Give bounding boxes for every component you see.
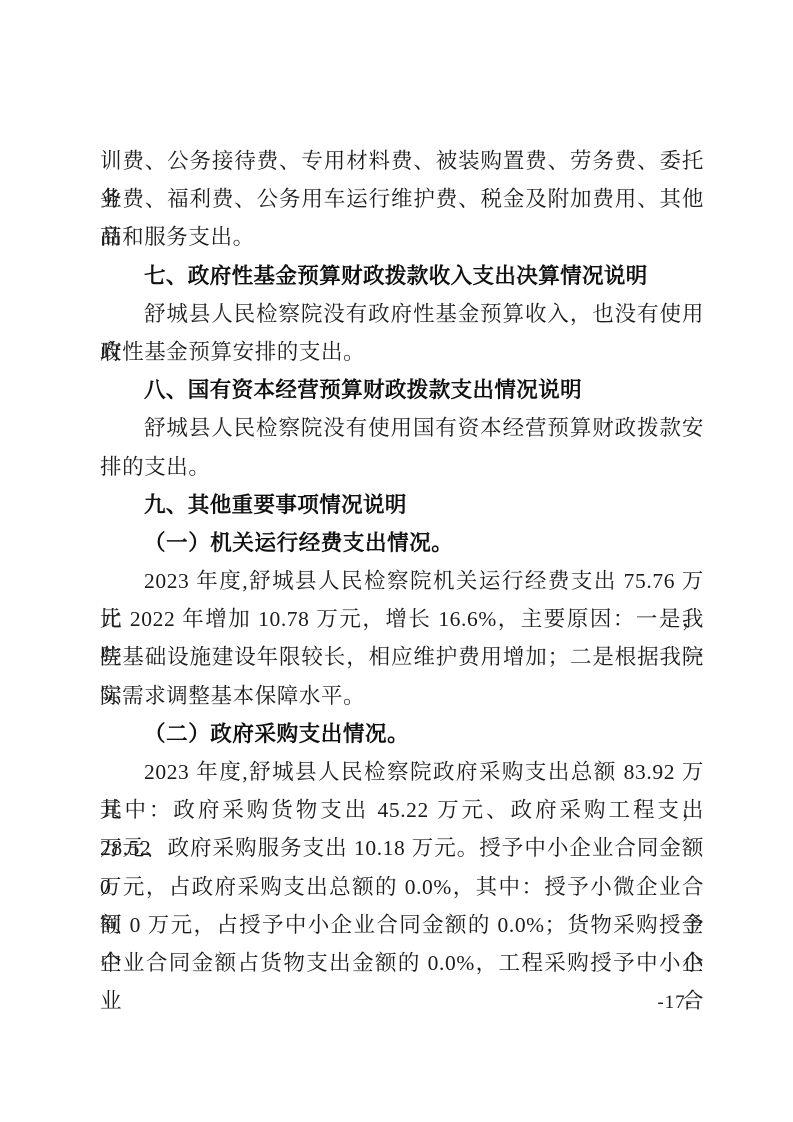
text-line: 舒城县人民检察院没有使用国有资本经营预算财政拨款安 <box>100 409 704 447</box>
text-line: 2023 年度,舒城县人民检察院政府采购支出总额 83.92 万元， <box>100 753 704 791</box>
text-line: 府性基金预算安排的支出。 <box>100 333 704 371</box>
section-heading: 八、国有资本经营预算财政拨款支出情况说明 <box>100 371 704 409</box>
subsection-heading: （一）机关运行经费支出情况。 <box>100 524 704 562</box>
section-heading: 九、其他重要事项情况说明 <box>100 486 704 524</box>
text-line: 些基础设施建设年限较长，相应维护费用增加；二是根据我院实 <box>100 638 704 676</box>
text-line: 排的支出。 <box>100 448 704 486</box>
text-line: 务费、福利费、公务用车运行维护费、税金及附加费用、其他商 <box>100 180 704 218</box>
text-line: 训费、公务接待费、专用材料费、被装购置费、劳务费、委托业 <box>100 142 704 180</box>
text-line: 万元、政府采购服务支出 10.18 万元。授予中小企业合同金额 0 <box>100 829 704 867</box>
text-line: 2023 年度,舒城县人民检察院机关运行经费支出 75.76 万元， <box>100 562 704 600</box>
text-line: 其中：政府采购货物支出 45.22 万元、政府采购工程支出 28.52 <box>100 791 704 829</box>
subsection-heading: （二）政府采购支出情况。 <box>100 715 704 753</box>
text-line: 额 0 万元，占授予中小企业合同金额的 0.0%；货物采购授予中小 <box>100 906 704 944</box>
text-line: 舒城县人民检察院没有政府性基金预算收入，也没有使用政 <box>100 295 704 333</box>
page-number: -17- <box>657 992 693 1014</box>
document-page: 训费、公务接待费、专用材料费、被装购置费、劳务费、委托业务费、福利费、公务用车运… <box>0 0 793 1122</box>
text-line: 万元，占政府采购支出总额的 0.0%，其中：授予小微企业合同金 <box>100 868 704 906</box>
document-body: 训费、公务接待费、专用材料费、被装购置费、劳务费、委托业务费、福利费、公务用车运… <box>100 142 704 982</box>
text-line: 企业合同金额占货物支出金额的 0.0%，工程采购授予中小企业合 <box>100 944 704 982</box>
text-line: 比 2022 年增加 10.78 万元，增长 16.6%，主要原因：一是我院一 <box>100 600 704 638</box>
text-line: 际需求调整基本保障水平。 <box>100 677 704 715</box>
section-heading: 七、政府性基金预算财政拨款收入支出决算情况说明 <box>100 257 704 295</box>
text-line: 品和服务支出。 <box>100 218 704 256</box>
